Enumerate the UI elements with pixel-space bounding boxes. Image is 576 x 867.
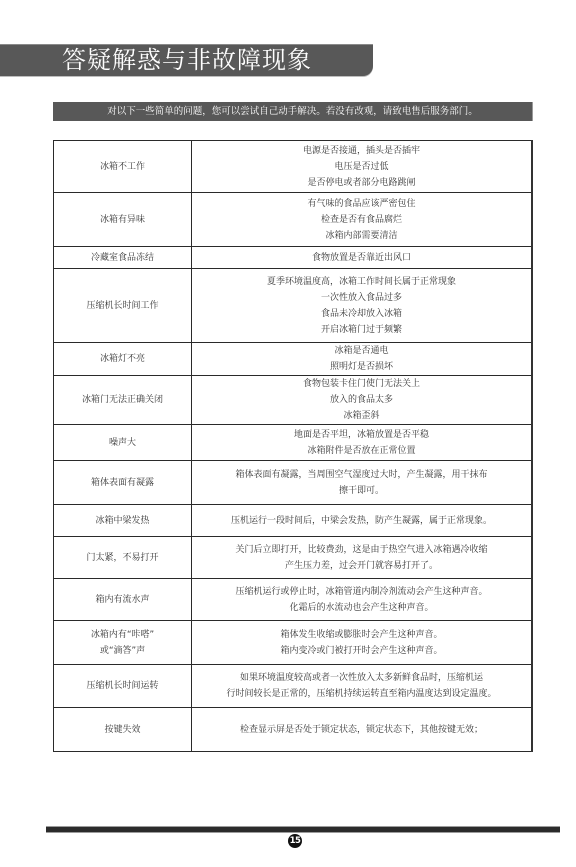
page-number: 15 xyxy=(288,834,302,848)
solution-cell: 地面是否平坦，冰箱放置是否平稳冰箱附件是否放在正常位置 xyxy=(192,425,533,461)
problem-text: 冰箱不工作 xyxy=(60,159,185,175)
solution-text: 有气味的食品应该严密包住 xyxy=(198,196,525,212)
problem-cell: 冰箱门无法正确关闭 xyxy=(54,376,192,425)
solution-text: 产生压力差，过会开门就容易打开了。 xyxy=(198,558,525,574)
solution-text: 压缩机运行或停止时，冰箱管道内制冷剂流动会产生这种声音。 xyxy=(198,584,525,600)
problem-cell: 箱体表面有凝露 xyxy=(54,461,192,505)
problem-cell: 冷藏室食品冻结 xyxy=(54,247,192,269)
problem-text: 冰箱内有“咔嗒” xyxy=(60,627,185,643)
table-row: 冰箱不工作电源是否接通，插头是否插牢电压是否过低是否停电或者部分电路跳闸 xyxy=(54,141,533,193)
footer-divider xyxy=(46,826,560,833)
solution-text: 箱体发生收缩或膨胀时会产生这种声音。 xyxy=(198,627,525,643)
solution-text: 行时间较长是正常的，压缩机持续运转直至箱内温度达到设定温度。 xyxy=(198,686,525,702)
solution-cell: 压机运行一段时间后，中梁会发热，防产生凝露，属于正常现象。 xyxy=(192,505,533,537)
section-header-bar: 答疑解惑与非故障现象 xyxy=(0,44,373,76)
problem-text: 冰箱中梁发热 xyxy=(60,513,185,529)
table-row: 冰箱有异味有气味的食品应该严密包住检查是否有食品腐烂冰箱内部需要清洁 xyxy=(54,193,533,247)
instruction-text: 对以下一些简单的问题，您可以尝试自己动手解决。若没有改观，请致电售后服务部门。 xyxy=(53,102,532,121)
solution-text: 食品未冷却放入冰箱 xyxy=(198,306,525,322)
solution-cell: 有气味的食品应该严密包住检查是否有食品腐烂冰箱内部需要清洁 xyxy=(192,193,533,247)
page-title: 答疑解惑与非故障现象 xyxy=(62,46,312,74)
solution-text: 冰箱内部需要清洁 xyxy=(198,228,525,244)
solution-text: 关门后立即打开，比较费劲，这是由于热空气进入冰箱遇冷收缩 xyxy=(198,542,525,558)
solution-text: 一次性放入食品过多 xyxy=(198,290,525,306)
problem-cell: 冰箱灯不亮 xyxy=(54,343,192,376)
problem-text: 压缩机长时间工作 xyxy=(60,298,185,314)
solution-text: 夏季环境温度高，冰箱工作时间长属于正常现象 xyxy=(198,274,525,290)
solution-text: 是否停电或者部分电路跳闸 xyxy=(198,175,525,191)
solution-cell: 检查显示屏是否处于锁定状态，锁定状态下，其他按键无效； xyxy=(192,708,533,752)
problem-text: 冰箱有异味 xyxy=(60,212,185,228)
troubleshooting-table-body: 冰箱不工作电源是否接通，插头是否插牢电压是否过低是否停电或者部分电路跳闸冰箱有异… xyxy=(54,141,533,752)
solution-cell: 冰箱是否通电照明灯是否损坏 xyxy=(192,343,533,376)
solution-cell: 食物放置是否靠近出风口 xyxy=(192,247,533,269)
problem-text: 门太紧，不易打开 xyxy=(60,550,185,566)
solution-cell: 箱体表面有凝露，当周围空气湿度过大时，产生凝露，用干抹布擦干即可。 xyxy=(192,461,533,505)
solution-text: 放入的食品太多 xyxy=(198,392,525,408)
problem-cell: 冰箱中梁发热 xyxy=(54,505,192,537)
solution-text: 地面是否平坦，冰箱放置是否平稳 xyxy=(198,427,525,443)
solution-text: 食物包装卡住门使门无法关上 xyxy=(198,376,525,392)
table-row: 冰箱门无法正确关闭食物包装卡住门使门无法关上放入的食品太多冰箱歪斜 xyxy=(54,376,533,425)
solution-text: 冰箱歪斜 xyxy=(198,408,525,424)
table-row: 压缩机长时间运转如果环境温度较高或者一次性放入太多新鲜食品时，压缩机运行时间较长… xyxy=(54,665,533,708)
solution-text: 开启冰箱门过于频繁 xyxy=(198,322,525,338)
problem-cell: 噪声大 xyxy=(54,425,192,461)
problem-text: 噪声大 xyxy=(60,435,185,451)
table-row: 箱体表面有凝露箱体表面有凝露，当周围空气湿度过大时，产生凝露，用干抹布擦干即可。 xyxy=(54,461,533,505)
instruction-banner: 对以下一些简单的问题，您可以尝试自己动手解决。若没有改观，请致电售后服务部门。 xyxy=(53,102,533,121)
solution-text: 压机运行一段时间后，中梁会发热，防产生凝露，属于正常现象。 xyxy=(198,513,525,529)
solution-text: 箱内变冷或门被打开时会产生这种声音。 xyxy=(198,643,525,659)
problem-cell: 门太紧，不易打开 xyxy=(54,537,192,579)
solution-cell: 箱体发生收缩或膨胀时会产生这种声音。箱内变冷或门被打开时会产生这种声音。 xyxy=(192,621,533,665)
solution-cell: 压缩机运行或停止时，冰箱管道内制冷剂流动会产生这种声音。化霜后的水流动也会产生这… xyxy=(192,579,533,621)
problem-text: 冰箱门无法正确关闭 xyxy=(60,392,185,408)
solution-text: 化霜后的水流动也会产生这种声音。 xyxy=(198,600,525,616)
problem-text: 按键失效 xyxy=(60,722,185,738)
table-row: 冰箱灯不亮冰箱是否通电照明灯是否损坏 xyxy=(54,343,533,376)
problem-cell: 压缩机长时间运转 xyxy=(54,665,192,708)
solution-text: 照明灯是否损坏 xyxy=(198,359,525,375)
problem-cell: 冰箱内有“咔嗒”或“滴答”声 xyxy=(54,621,192,665)
problem-text: 冰箱灯不亮 xyxy=(60,351,185,367)
table-row: 按键失效检查显示屏是否处于锁定状态，锁定状态下，其他按键无效； xyxy=(54,708,533,752)
solution-text: 冰箱是否通电 xyxy=(198,343,525,359)
solution-cell: 关门后立即打开，比较费劲，这是由于热空气进入冰箱遇冷收缩产生压力差，过会开门就容… xyxy=(192,537,533,579)
problem-text: 或“滴答”声 xyxy=(60,643,185,659)
problem-text: 箱体表面有凝露 xyxy=(60,475,185,491)
table-row: 冰箱内有“咔嗒”或“滴答”声箱体发生收缩或膨胀时会产生这种声音。箱内变冷或门被打… xyxy=(54,621,533,665)
solution-text: 食物放置是否靠近出风口 xyxy=(198,250,525,266)
problem-text: 压缩机长时间运转 xyxy=(60,678,185,694)
problem-cell: 冰箱有异味 xyxy=(54,193,192,247)
solution-cell: 如果环境温度较高或者一次性放入太多新鲜食品时，压缩机运行时间较长是正常的，压缩机… xyxy=(192,665,533,708)
solution-cell: 夏季环境温度高，冰箱工作时间长属于正常现象一次性放入食品过多食品未冷却放入冰箱开… xyxy=(192,269,533,343)
solution-text: 检查是否有食品腐烂 xyxy=(198,212,525,228)
table-row: 噪声大地面是否平坦，冰箱放置是否平稳冰箱附件是否放在正常位置 xyxy=(54,425,533,461)
solution-text: 箱体表面有凝露，当周围空气湿度过大时，产生凝露，用干抹布 xyxy=(198,467,525,483)
problem-cell: 压缩机长时间工作 xyxy=(54,269,192,343)
table-row: 门太紧，不易打开关门后立即打开，比较费劲，这是由于热空气进入冰箱遇冷收缩产生压力… xyxy=(54,537,533,579)
troubleshooting-table: 冰箱不工作电源是否接通，插头是否插牢电压是否过低是否停电或者部分电路跳闸冰箱有异… xyxy=(53,140,533,752)
problem-cell: 冰箱不工作 xyxy=(54,141,192,193)
problem-text: 箱内有流水声 xyxy=(60,592,185,608)
table-row: 冷藏室食品冻结食物放置是否靠近出风口 xyxy=(54,247,533,269)
table-row: 箱内有流水声压缩机运行或停止时，冰箱管道内制冷剂流动会产生这种声音。化霜后的水流… xyxy=(54,579,533,621)
solution-text: 如果环境温度较高或者一次性放入太多新鲜食品时，压缩机运 xyxy=(198,670,525,686)
problem-text: 冷藏室食品冻结 xyxy=(60,250,185,266)
solution-cell: 食物包装卡住门使门无法关上放入的食品太多冰箱歪斜 xyxy=(192,376,533,425)
solution-text: 电压是否过低 xyxy=(198,159,525,175)
problem-cell: 按键失效 xyxy=(54,708,192,752)
problem-cell: 箱内有流水声 xyxy=(54,579,192,621)
solution-text: 擦干即可。 xyxy=(198,483,525,499)
table-row: 压缩机长时间工作夏季环境温度高，冰箱工作时间长属于正常现象一次性放入食品过多食品… xyxy=(54,269,533,343)
solution-text: 电源是否接通，插头是否插牢 xyxy=(198,143,525,159)
solution-text: 冰箱附件是否放在正常位置 xyxy=(198,443,525,459)
solution-text: 检查显示屏是否处于锁定状态，锁定状态下，其他按键无效； xyxy=(198,722,525,738)
solution-cell: 电源是否接通，插头是否插牢电压是否过低是否停电或者部分电路跳闸 xyxy=(192,141,533,193)
table-row: 冰箱中梁发热压机运行一段时间后，中梁会发热，防产生凝露，属于正常现象。 xyxy=(54,505,533,537)
